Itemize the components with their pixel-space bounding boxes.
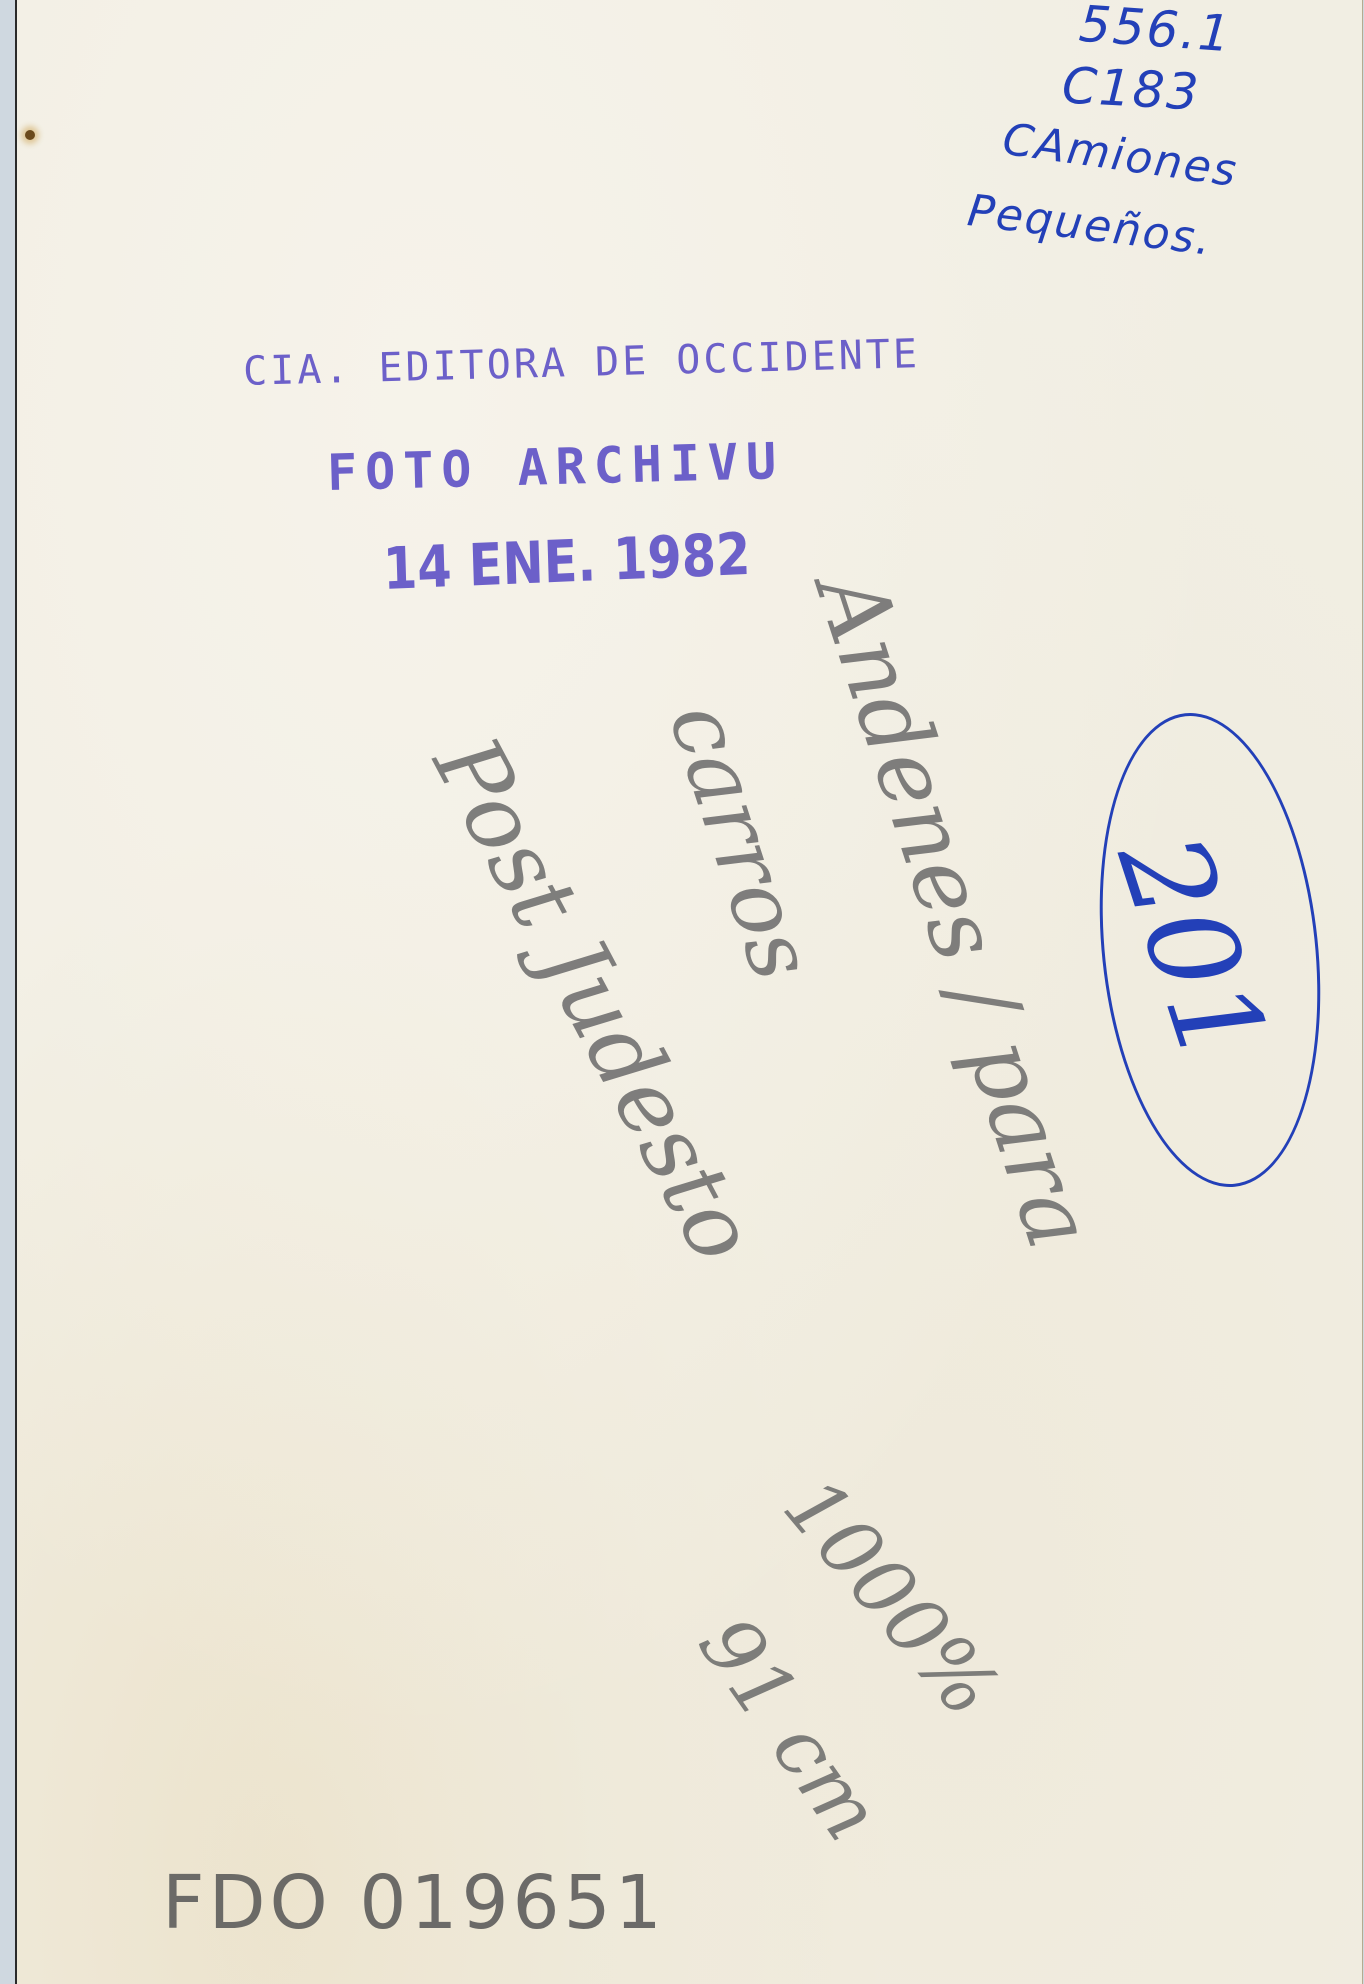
archive-id: FDO 019651 [162,1860,666,1946]
pencil-note-2: carros [649,690,835,992]
photo-card-back: 556.1 C183 CAmiones Pequeños. CIA. EDITO… [15,0,1363,1984]
catalog-code: C183 [1061,56,1202,121]
classification-number: 556.1 [1077,0,1234,63]
pencil-note-1: Andenes / para [795,560,1114,1261]
stamp-archive: FOTO ARCHIVU [326,432,785,502]
stain-spot [25,130,35,140]
subject-line-2: Pequeños. [965,185,1216,266]
stamp-publisher: CIA. EDITORA DE OCCIDENTE [243,331,921,395]
stamp-date: 14 ENE. 1982 [382,520,751,603]
subject-line-1: CAmiones [1000,114,1242,197]
